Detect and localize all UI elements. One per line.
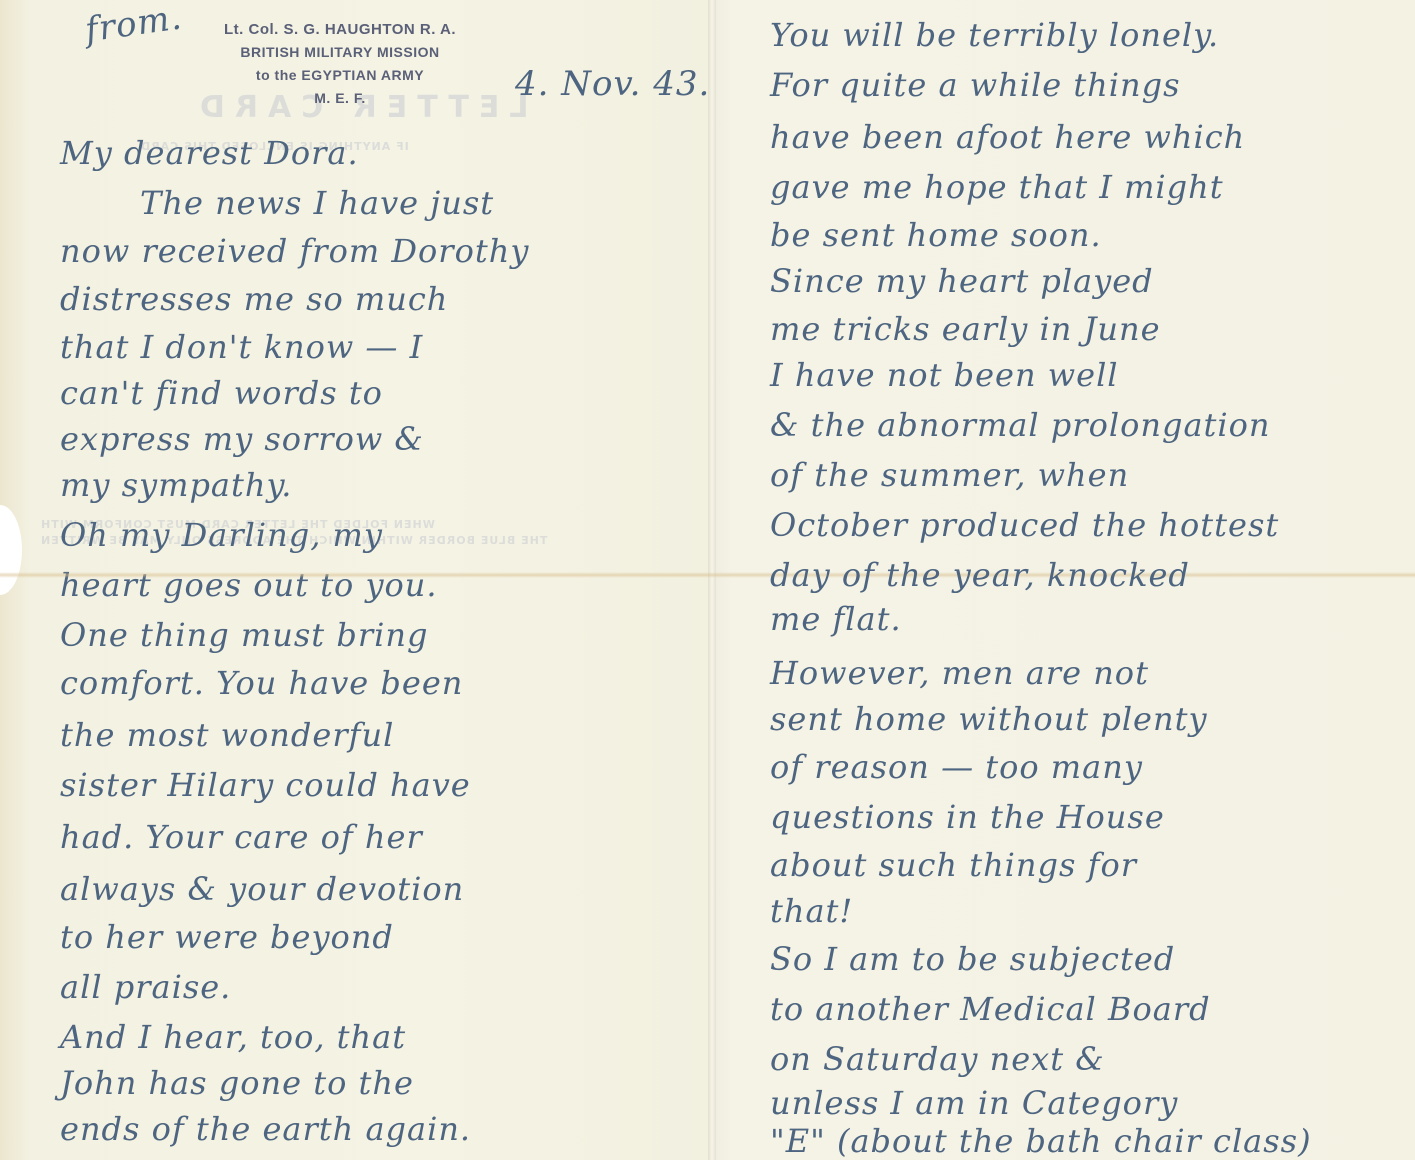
letter-date: 4. Nov. 43.: [515, 64, 710, 104]
left-page: LETTER CARD IF ANYTHING IS ENCLOSED THIS…: [0, 0, 712, 1160]
text-line: of reason — too many: [770, 748, 1143, 786]
text-line: "E" (about the bath chair class): [770, 1122, 1312, 1160]
text-line: October produced the hottest: [770, 506, 1279, 544]
text-line: the most wonderful: [60, 716, 394, 754]
text-line: And I hear, too, that: [60, 1018, 406, 1056]
text-line: me tricks early in June: [770, 310, 1161, 348]
text-line: You will be terribly lonely.: [770, 16, 1219, 54]
text-line: day of the year, knocked: [770, 556, 1190, 594]
text-line: One thing must bring: [60, 616, 428, 654]
stamp-line-mef: M. E. F.: [180, 87, 500, 110]
text-line: I have not been well: [770, 356, 1119, 394]
text-line: on Saturday next &: [770, 1040, 1105, 1078]
text-line: me flat.: [770, 600, 902, 638]
fold-line: [0, 572, 1415, 578]
text-line: about such things for: [770, 846, 1137, 884]
text-line: questions in the House: [770, 798, 1165, 836]
text-line: So I am to be subjected: [770, 940, 1175, 978]
text-line: comfort. You have been: [60, 664, 463, 702]
text-line: that!: [770, 892, 853, 930]
page-notch: [0, 505, 22, 595]
text-line: Oh my Darling, my: [60, 516, 383, 554]
text-line: However, men are not: [770, 654, 1149, 692]
text-line: For quite a while things: [770, 66, 1181, 104]
text-line: sent home without plenty: [770, 700, 1208, 738]
text-line: my sympathy.: [60, 466, 292, 504]
text-line: gave me hope that I might: [770, 168, 1224, 206]
stamp-line-army: to the EGYPTIAN ARMY: [180, 64, 500, 87]
text-line: sister Hilary could have: [60, 766, 471, 804]
stamp-line-name: Lt. Col. S. G. HAUGHTON R. A.: [180, 18, 500, 41]
text-line: of the summer, when: [770, 456, 1129, 494]
text-line: Since my heart played: [770, 262, 1154, 300]
salutation: My dearest Dora.: [60, 134, 359, 172]
text-line: & the abnormal prolongation: [770, 406, 1270, 444]
page-seam: [708, 0, 716, 1160]
text-line: had. Your care of her: [60, 818, 423, 856]
text-line: always & your devotion: [60, 870, 464, 908]
text-line: to her were beyond: [60, 918, 394, 956]
text-line: unless I am in Category: [770, 1084, 1178, 1122]
letterhead-stamp: Lt. Col. S. G. HAUGHTON R. A. BRITISH MI…: [180, 18, 500, 110]
text-line: to another Medical Board: [770, 990, 1211, 1028]
text-line: be sent home soon.: [770, 216, 1102, 254]
text-line: The news I have just: [60, 184, 494, 222]
text-line: have been afoot here which: [770, 118, 1245, 156]
text-line: now received from Dorothy: [60, 232, 529, 270]
text-line: can't find words to: [60, 374, 383, 412]
text-line: express my sorrow &: [60, 420, 424, 458]
text-line: that I don't know — I: [60, 328, 423, 366]
text-line: distresses me so much: [60, 280, 448, 318]
from-label: from.: [83, 0, 185, 51]
text-line: John has gone to the: [60, 1064, 414, 1102]
text-line: all praise.: [60, 968, 231, 1006]
stamp-line-mission: BRITISH MILITARY MISSION: [180, 41, 500, 64]
text-line: ends of the earth again.: [60, 1110, 471, 1148]
